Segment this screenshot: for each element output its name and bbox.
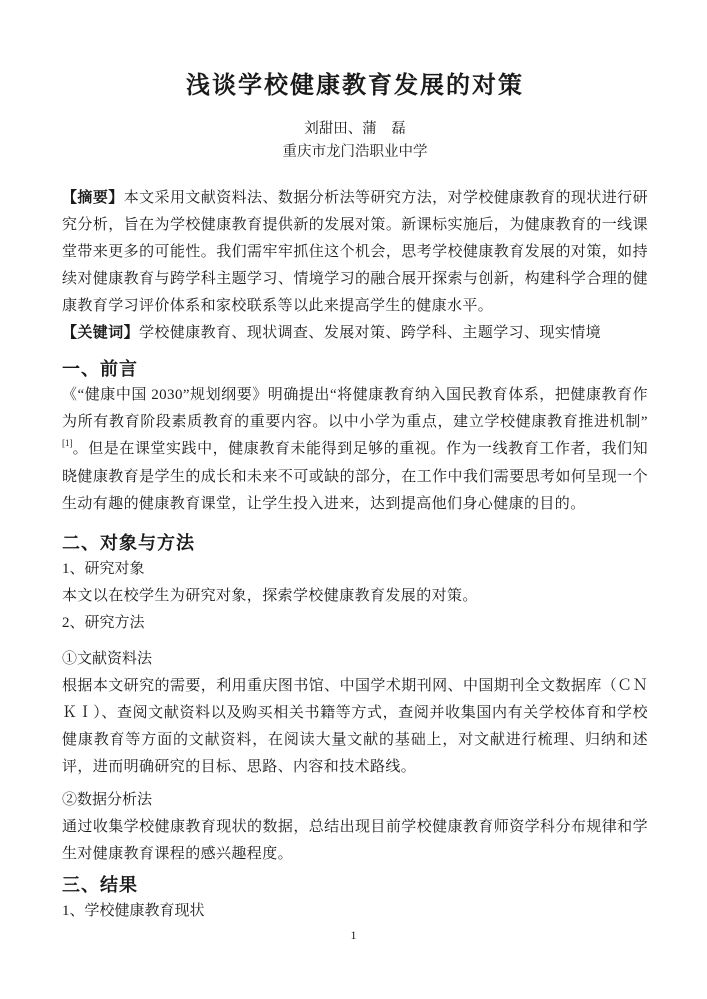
intro-text-after-ref: 。但是在课堂实践中，健康教育未能得到足够的重视。作为一线教育工作者，我们知晓健康… [62, 441, 648, 512]
citation-ref-1: [1] [62, 438, 73, 448]
page-number: 1 [0, 928, 707, 942]
paper-title: 浅谈学校健康教育发展的对策 [62, 70, 648, 102]
keywords-paragraph: 【关键词】学校健康教育、现状调查、发展对策、跨学科、主题学习、现实情境 [62, 320, 648, 347]
abstract-paragraph: 【摘要】本文采用文献资料法、数据分析法等研究方法，对学校健康教育的现状进行研究分… [62, 185, 648, 320]
intro-paragraph: 《“健康中国 2030”规划纲要》明确提出“将健康教育纳入国民教育体系，把健康教… [62, 382, 648, 518]
method1-heading: ①文献资料法 [62, 646, 648, 673]
methods-subjects-text: 本文以在校学生为研究对象，探索学校健康教育发展的对策。 [62, 583, 648, 610]
keywords-label: 【关键词】 [62, 325, 139, 341]
section-heading-results: 三、结果 [62, 872, 648, 898]
section-heading-intro: 一、前言 [62, 356, 648, 382]
method1-text: 根据本文研究的需要，利用重庆图书馆、中国学术期刊网、中国期刊全文数据库（ＣＮＫＩ… [62, 673, 648, 781]
intro-text-before-ref: 《“健康中国 2030”规划纲要》明确提出“将健康教育纳入国民教育体系，把健康教… [62, 387, 648, 430]
method2-text: 通过收集学校健康教育现状的数据，总结出现目前学校健康教育师资学科分布规律和学生对… [62, 814, 648, 868]
document-content: 浅谈学校健康教育发展的对策 刘甜田、蒲 磊 重庆市龙门浩职业中学 【摘要】本文采… [0, 0, 707, 925]
methods-subhead-subjects: 1、研究对象 [62, 556, 648, 583]
section-heading-methods: 二、对象与方法 [62, 530, 648, 556]
document-page: 浅谈学校健康教育发展的对策 刘甜田、蒲 磊 重庆市龙门浩职业中学 【摘要】本文采… [0, 0, 707, 999]
results-subhead-status: 1、学校健康教育现状 [62, 898, 648, 925]
affiliation-line: 重庆市龙门浩职业中学 [62, 141, 648, 164]
keywords-text: 学校健康教育、现状调查、发展对策、跨学科、主题学习、现实情境 [139, 325, 601, 341]
authors-line: 刘甜田、蒲 磊 [62, 118, 648, 141]
abstract-label: 【摘要】 [62, 190, 124, 206]
methods-subhead-methods: 2、研究方法 [62, 610, 648, 637]
abstract-text: 本文采用文献资料法、数据分析法等研究方法，对学校健康教育的现状进行研究分析，旨在… [62, 190, 648, 314]
method2-heading: ②数据分析法 [62, 787, 648, 814]
